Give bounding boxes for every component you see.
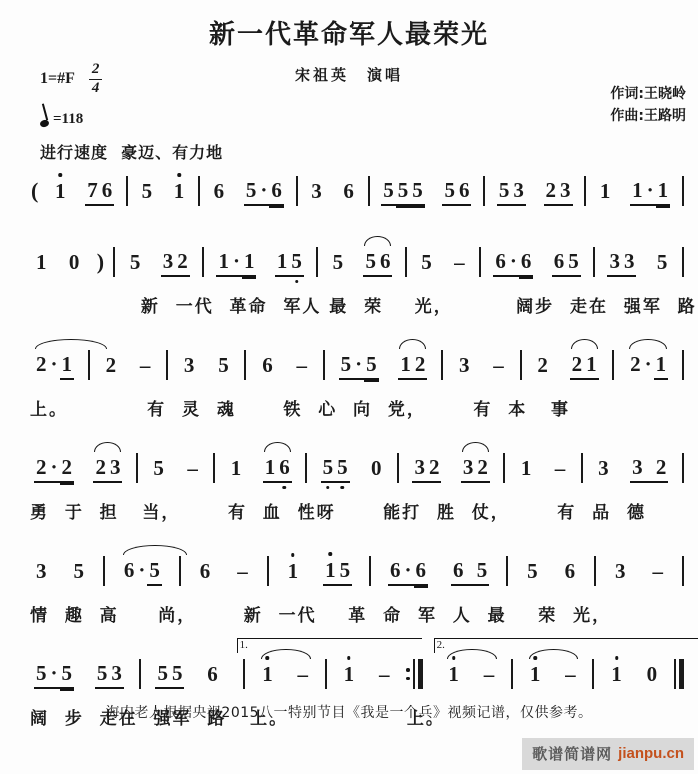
note-char: 3 bbox=[108, 453, 123, 483]
note-group: 2 bbox=[104, 351, 119, 379]
note-char: – bbox=[377, 660, 392, 688]
note-char: 3 bbox=[607, 247, 622, 277]
note-group: 32 bbox=[461, 453, 490, 483]
note-char: 6 bbox=[451, 556, 466, 586]
note-group: 2·2 bbox=[34, 453, 74, 483]
expression-marking: 进行速度 豪迈、有力地 bbox=[40, 140, 223, 163]
note-group: 5 bbox=[128, 248, 143, 276]
note-char: 3 bbox=[558, 176, 573, 206]
volta-bracket-line: 2. bbox=[434, 638, 698, 653]
note-group: 0 bbox=[645, 660, 660, 688]
note-group: 32 bbox=[161, 247, 190, 277]
note-char: · bbox=[49, 350, 60, 380]
note-char: 2 bbox=[93, 453, 108, 483]
note-char: – bbox=[482, 660, 497, 688]
barline bbox=[325, 659, 327, 689]
note-group: 1 bbox=[229, 454, 244, 482]
slur-arc bbox=[571, 339, 598, 349]
slur-arc bbox=[35, 339, 107, 349]
barline bbox=[136, 453, 138, 483]
composer-credit: 作曲:王路明 bbox=[610, 105, 686, 127]
note-char: 6 bbox=[277, 453, 292, 483]
final-barline bbox=[674, 659, 684, 689]
note-char: 6 bbox=[414, 556, 429, 586]
note-char: 3 bbox=[630, 453, 645, 483]
note-char: 5 bbox=[155, 659, 170, 689]
note-char: – bbox=[296, 660, 311, 688]
note-group: 5 bbox=[151, 454, 166, 482]
note-group: 12 bbox=[398, 350, 427, 380]
note-char: 2 bbox=[628, 350, 643, 380]
note-group: 5 bbox=[525, 557, 540, 585]
note-group: 3 bbox=[182, 351, 197, 379]
note-char: 7 bbox=[85, 176, 100, 206]
note-group: 555 bbox=[381, 176, 425, 206]
note-char: 5 bbox=[396, 176, 411, 206]
note-char: 1 bbox=[598, 177, 613, 205]
note-char: 1 bbox=[656, 176, 671, 206]
note-char: 0 bbox=[369, 454, 384, 482]
barline bbox=[682, 453, 684, 483]
note-char: 1 bbox=[242, 247, 257, 277]
note-char: 5 bbox=[335, 453, 350, 483]
note-group: 5 bbox=[331, 248, 346, 276]
note-group: 2·1 bbox=[34, 350, 74, 380]
note-group: – bbox=[553, 454, 568, 482]
barline bbox=[368, 176, 370, 206]
note-char: – bbox=[553, 454, 568, 482]
volta-bracket-line: 1. bbox=[237, 638, 422, 653]
note-char: · bbox=[49, 453, 60, 483]
note-char: 3 bbox=[412, 453, 427, 483]
note-group: 2·1 bbox=[628, 350, 668, 380]
note-char: 5 bbox=[60, 659, 75, 689]
tempo-marking: =118 bbox=[40, 111, 223, 128]
note-char: 6 bbox=[552, 247, 567, 277]
barline bbox=[397, 453, 399, 483]
barline bbox=[581, 453, 583, 483]
repeat-barline bbox=[406, 659, 423, 689]
repeat-dot bbox=[406, 677, 410, 681]
note-char: 1 bbox=[342, 660, 357, 688]
note-char: 2 bbox=[427, 453, 442, 483]
note-char: 5 bbox=[442, 176, 457, 206]
note-char: · bbox=[231, 247, 242, 277]
barline bbox=[682, 350, 684, 380]
note-group: 5·5 bbox=[34, 659, 74, 689]
note-group: 6 bbox=[341, 177, 356, 205]
notation-row: (1765165·63655556532311·1 bbox=[24, 168, 688, 214]
barline bbox=[243, 659, 245, 689]
note-char: 6 bbox=[388, 556, 403, 586]
note-char: 3 bbox=[34, 557, 49, 585]
note-char: 5 bbox=[497, 176, 512, 206]
note-char: 3 bbox=[161, 247, 176, 277]
note-group: 0 bbox=[67, 248, 82, 276]
note-char: 3 bbox=[309, 177, 324, 205]
song-title: 新一代革命军人最荣光 bbox=[0, 14, 698, 51]
note-char: – bbox=[452, 248, 467, 276]
note-char: 1 bbox=[286, 557, 301, 585]
note-char: 1 bbox=[53, 177, 68, 205]
note-group: 1 bbox=[53, 177, 68, 205]
note-group: 5·6 bbox=[244, 176, 284, 206]
note-char: 3 bbox=[182, 351, 197, 379]
note-char: 6 bbox=[563, 557, 578, 585]
note-group: 1 bbox=[519, 454, 534, 482]
site-watermark: 歌谱简谱网 jianpu.cn bbox=[522, 738, 694, 770]
note-group: 1·1 bbox=[216, 247, 256, 277]
note-char: 5 bbox=[151, 454, 166, 482]
note-char: 5 bbox=[419, 248, 434, 276]
note-char: · bbox=[645, 176, 656, 206]
note-char: · bbox=[258, 176, 269, 206]
note-group: 1 bbox=[172, 177, 187, 205]
note-char: 6 bbox=[493, 247, 508, 277]
watermark-site-url: jianpu.cn bbox=[618, 745, 684, 762]
note-group: 1 bbox=[34, 248, 49, 276]
note-char: 6 bbox=[269, 176, 284, 206]
barline bbox=[103, 556, 105, 586]
note-char: 1 bbox=[216, 247, 231, 277]
note-char: 6 bbox=[100, 176, 115, 206]
barline bbox=[244, 350, 246, 380]
barline bbox=[520, 350, 522, 380]
barline bbox=[88, 350, 90, 380]
barline bbox=[369, 556, 371, 586]
time-signature-numerator: 2 bbox=[89, 62, 103, 80]
note-char: · bbox=[508, 247, 519, 277]
volta-label: 2. bbox=[435, 639, 698, 651]
note-char: 1 bbox=[60, 350, 75, 380]
note-group: 2 bbox=[535, 351, 550, 379]
note-char: 6 bbox=[457, 176, 472, 206]
lyric-line: 上。 有 灵 魂 铁 心 向 党， 有 本 事 bbox=[24, 395, 688, 420]
note-char: 2 bbox=[535, 351, 550, 379]
note-char: 2 bbox=[60, 453, 75, 483]
note-group: 56 bbox=[442, 176, 471, 206]
note-group: 3 bbox=[309, 177, 324, 205]
barline bbox=[202, 247, 204, 277]
note-char: 1 bbox=[446, 660, 461, 688]
note-char: · bbox=[403, 556, 414, 586]
slur-arc bbox=[399, 339, 426, 349]
volta-label: 1. bbox=[238, 639, 422, 651]
note-char: 6 bbox=[260, 351, 275, 379]
note-char: 6 bbox=[122, 556, 137, 586]
time-signature: 2 4 bbox=[89, 62, 103, 97]
note-char: – bbox=[491, 351, 506, 379]
note-char: 5 bbox=[331, 248, 346, 276]
note-group: 3 bbox=[34, 557, 49, 585]
note-char: 2 bbox=[34, 453, 49, 483]
note-group: 1 bbox=[446, 660, 461, 688]
key-signature: 1=#F bbox=[40, 70, 75, 88]
slur-arc bbox=[364, 236, 391, 246]
slur-arc bbox=[264, 442, 291, 452]
note-char: 1 bbox=[323, 556, 338, 586]
note-char: 6 bbox=[212, 177, 227, 205]
note-group: 5 bbox=[655, 248, 670, 276]
barline bbox=[179, 556, 181, 586]
note-group: 6·6 bbox=[493, 247, 533, 277]
note-group: – bbox=[563, 660, 578, 688]
note-group: 1 bbox=[260, 660, 275, 688]
note-char: 1 bbox=[584, 350, 599, 380]
lyric-line: 情 趣 高 尚， 新 一代 革 命 军 人 最 荣 光， bbox=[24, 601, 688, 626]
note-char: 2 bbox=[570, 350, 585, 380]
note-char: 5 bbox=[216, 351, 231, 379]
barline bbox=[584, 176, 586, 206]
note-group: – bbox=[452, 248, 467, 276]
note-char: 5 bbox=[363, 247, 378, 277]
note-group: – bbox=[491, 351, 506, 379]
note-char: – bbox=[563, 660, 578, 688]
note-group: 53 bbox=[95, 659, 124, 689]
note-char: · bbox=[49, 659, 60, 689]
quarter-note-icon bbox=[39, 118, 50, 127]
slur-arc bbox=[462, 442, 489, 452]
note-group: 6·6 bbox=[388, 556, 428, 586]
lyric-line: 勇 于 担 当， 有 血 性呀 能打 胜 仗， 有 品 德 bbox=[24, 498, 688, 523]
music-system: (1765165·63655556532311·1 bbox=[24, 168, 688, 214]
note-char: 2 bbox=[175, 247, 190, 277]
note-char: 1 bbox=[519, 454, 534, 482]
note-char: · bbox=[353, 350, 364, 380]
note-char: 5 bbox=[147, 556, 162, 586]
note-char: 1 bbox=[229, 454, 244, 482]
slur-arc bbox=[94, 442, 121, 452]
note-group: 5 bbox=[216, 351, 231, 379]
barline bbox=[682, 247, 684, 277]
note-char: 0 bbox=[645, 660, 660, 688]
note-group: – bbox=[377, 660, 392, 688]
repeat-dots bbox=[406, 668, 410, 680]
note-char: 1 bbox=[275, 247, 290, 277]
barline bbox=[213, 453, 215, 483]
note-char: 5 bbox=[140, 177, 155, 205]
barline bbox=[682, 176, 684, 206]
note-char: 1 bbox=[263, 453, 278, 483]
note-char: 2 bbox=[475, 453, 490, 483]
note-char: 1 bbox=[398, 350, 413, 380]
time-signature-denominator: 4 bbox=[92, 80, 100, 97]
notation-glyph: ( bbox=[31, 178, 38, 204]
note-char: 6 bbox=[205, 660, 220, 688]
note-char: – bbox=[235, 557, 250, 585]
note-char: 3 bbox=[511, 176, 526, 206]
note-char: 1 bbox=[260, 660, 275, 688]
repeat-barline-thick bbox=[418, 659, 423, 689]
note-group: 6 bbox=[212, 177, 227, 205]
note-char: 5 bbox=[170, 659, 185, 689]
note-group: 55 bbox=[155, 659, 184, 689]
note-char: 5 bbox=[321, 453, 336, 483]
note-char: 5 bbox=[289, 247, 304, 277]
note-char: 5 bbox=[339, 350, 354, 380]
note-group: – bbox=[296, 660, 311, 688]
note-char: 5 bbox=[655, 248, 670, 276]
note-group: 6 bbox=[205, 660, 220, 688]
note-group: 32 bbox=[412, 453, 441, 483]
notation-row: 2·2235–11655032321–33 2 bbox=[24, 445, 688, 491]
note-char: 6 bbox=[198, 557, 213, 585]
note-char: – bbox=[185, 454, 200, 482]
notation-row: 356·56–1156·66 5563– bbox=[24, 548, 688, 594]
note-group: – bbox=[138, 351, 153, 379]
note-char: – bbox=[650, 557, 665, 585]
note-group: 6 5 bbox=[451, 556, 489, 586]
lyricist-credit: 作词:王晓岭 bbox=[610, 83, 686, 105]
note-group: 76 bbox=[85, 176, 114, 206]
notation-score: (1765165·63655556532311·110)5321·1155565… bbox=[0, 168, 698, 729]
note-char: 1 bbox=[609, 660, 624, 688]
note-char: 1 bbox=[654, 350, 669, 380]
transcription-note: 海内老人根据央视2015八一特别节目《我是一个兵》视频记谱，仅供参考。 bbox=[0, 702, 698, 722]
note-char: 5 bbox=[381, 176, 396, 206]
note-char: 1 bbox=[630, 176, 645, 206]
barline bbox=[316, 247, 318, 277]
note-char: 5 bbox=[338, 556, 353, 586]
note-char: 6 bbox=[519, 247, 534, 277]
note-char: · bbox=[643, 350, 654, 380]
notation-row: 10)5321·1155565–6·665335 bbox=[24, 239, 688, 285]
barline bbox=[592, 659, 594, 689]
barline bbox=[139, 659, 141, 689]
note-char: 5 bbox=[34, 659, 49, 689]
note-char: 3 bbox=[622, 247, 637, 277]
note-group: 65 bbox=[552, 247, 581, 277]
note-group: 1 bbox=[528, 660, 543, 688]
note-char: 2 bbox=[34, 350, 49, 380]
note-group: – bbox=[185, 454, 200, 482]
final-barline-thick bbox=[679, 659, 684, 689]
note-group: 5 bbox=[419, 248, 434, 276]
slur-arc bbox=[123, 545, 187, 555]
note-group: 23 bbox=[544, 176, 573, 206]
note-group: 1 bbox=[342, 660, 357, 688]
note-group: 5·5 bbox=[339, 350, 379, 380]
note-char: 3 bbox=[613, 557, 628, 585]
note-char: 5 bbox=[475, 556, 490, 586]
note-group: 6·5 bbox=[122, 556, 162, 586]
barline bbox=[503, 453, 505, 483]
note-char: 5 bbox=[364, 350, 379, 380]
barline bbox=[506, 556, 508, 586]
barline bbox=[296, 176, 298, 206]
note-char: 5 bbox=[95, 659, 110, 689]
note-char: 1 bbox=[172, 177, 187, 205]
note-char: 1 bbox=[528, 660, 543, 688]
note-group: 15 bbox=[323, 556, 352, 586]
note-group: 1 bbox=[286, 557, 301, 585]
author-credits: 作词:王晓岭 作曲:王路明 bbox=[610, 83, 686, 128]
note-char: 6 bbox=[378, 247, 393, 277]
barline bbox=[483, 176, 485, 206]
note-group: 56 bbox=[363, 247, 392, 277]
tempo-value: =118 bbox=[53, 111, 83, 128]
music-system: 2·12–356–5·5123–2212·1上。 有 灵 魂 铁 心 向 党， … bbox=[24, 342, 688, 420]
notation-glyph: ) bbox=[97, 249, 104, 275]
note-char: 3 bbox=[109, 659, 124, 689]
note-group: 1·1 bbox=[630, 176, 670, 206]
barline bbox=[113, 247, 115, 277]
note-char: 2 bbox=[104, 351, 119, 379]
note-char: 0 bbox=[67, 248, 82, 276]
music-system: 2·2235–11655032321–33 2勇 于 担 当， 有 血 性呀 能… bbox=[24, 445, 688, 523]
notation-row: 5·5535561.1–1–2.1–1–10 bbox=[24, 651, 688, 697]
barline bbox=[511, 659, 513, 689]
note-group: 23 bbox=[93, 453, 122, 483]
note-char: 2 bbox=[544, 176, 559, 206]
note-group: 6 bbox=[198, 557, 213, 585]
note-group: – bbox=[482, 660, 497, 688]
barline bbox=[305, 453, 307, 483]
note-group: 3 bbox=[457, 351, 472, 379]
music-system: 356·56–1156·66 5563–情 趣 高 尚， 新 一代 革 命 军 … bbox=[24, 548, 688, 626]
note-group: 6 bbox=[563, 557, 578, 585]
note-char: – bbox=[138, 351, 153, 379]
score-header: 新一代革命军人最荣光 宋祖英 演唱 1=#F 2 4 =118 进行速度 豪迈、… bbox=[0, 0, 698, 152]
note-char: · bbox=[136, 556, 147, 586]
note-group: 3 bbox=[596, 454, 611, 482]
barline bbox=[126, 176, 128, 206]
note-group: 3 2 bbox=[630, 453, 668, 483]
note-char bbox=[645, 453, 654, 483]
barline bbox=[198, 176, 200, 206]
note-group: 3 bbox=[613, 557, 628, 585]
final-barline-thin bbox=[674, 659, 676, 689]
note-char: 3 bbox=[596, 454, 611, 482]
note-char: 5 bbox=[410, 176, 425, 206]
note-char: 5 bbox=[71, 557, 86, 585]
note-group: – bbox=[235, 557, 250, 585]
note-char: 3 bbox=[461, 453, 476, 483]
note-char: 3 bbox=[457, 351, 472, 379]
barline bbox=[267, 556, 269, 586]
notation-row: 2·12–356–5·5123–2212·1 bbox=[24, 342, 688, 388]
note-group: 55 bbox=[321, 453, 350, 483]
barline bbox=[441, 350, 443, 380]
lyric-line: 新 一代 革命 军人 最 荣 光， 阔步 走在 强军 路 bbox=[24, 292, 688, 317]
note-char: 5 bbox=[525, 557, 540, 585]
key-signature-row: 1=#F 2 4 bbox=[40, 62, 223, 97]
barline bbox=[166, 350, 168, 380]
repeat-barline-thin bbox=[413, 659, 415, 689]
note-group: – bbox=[295, 351, 310, 379]
watermark-site-name: 歌谱简谱网 bbox=[532, 743, 612, 764]
note-group: 5 bbox=[140, 177, 155, 205]
note-group: 5 bbox=[71, 557, 86, 585]
barline bbox=[593, 247, 595, 277]
note-char: 2 bbox=[654, 453, 669, 483]
note-char: – bbox=[295, 351, 310, 379]
barline bbox=[594, 556, 596, 586]
note-char: 5 bbox=[566, 247, 581, 277]
note-group: 6 bbox=[260, 351, 275, 379]
note-group: 0 bbox=[369, 454, 384, 482]
barline bbox=[682, 556, 684, 586]
note-group: 53 bbox=[497, 176, 526, 206]
barline bbox=[405, 247, 407, 277]
note-char: 5 bbox=[244, 176, 259, 206]
barline bbox=[323, 350, 325, 380]
note-char bbox=[465, 556, 474, 586]
note-group: 1 bbox=[609, 660, 624, 688]
key-tempo-block: 1=#F 2 4 =118 进行速度 豪迈、有力地 bbox=[40, 62, 223, 163]
note-group: – bbox=[650, 557, 665, 585]
note-char: 1 bbox=[34, 248, 49, 276]
